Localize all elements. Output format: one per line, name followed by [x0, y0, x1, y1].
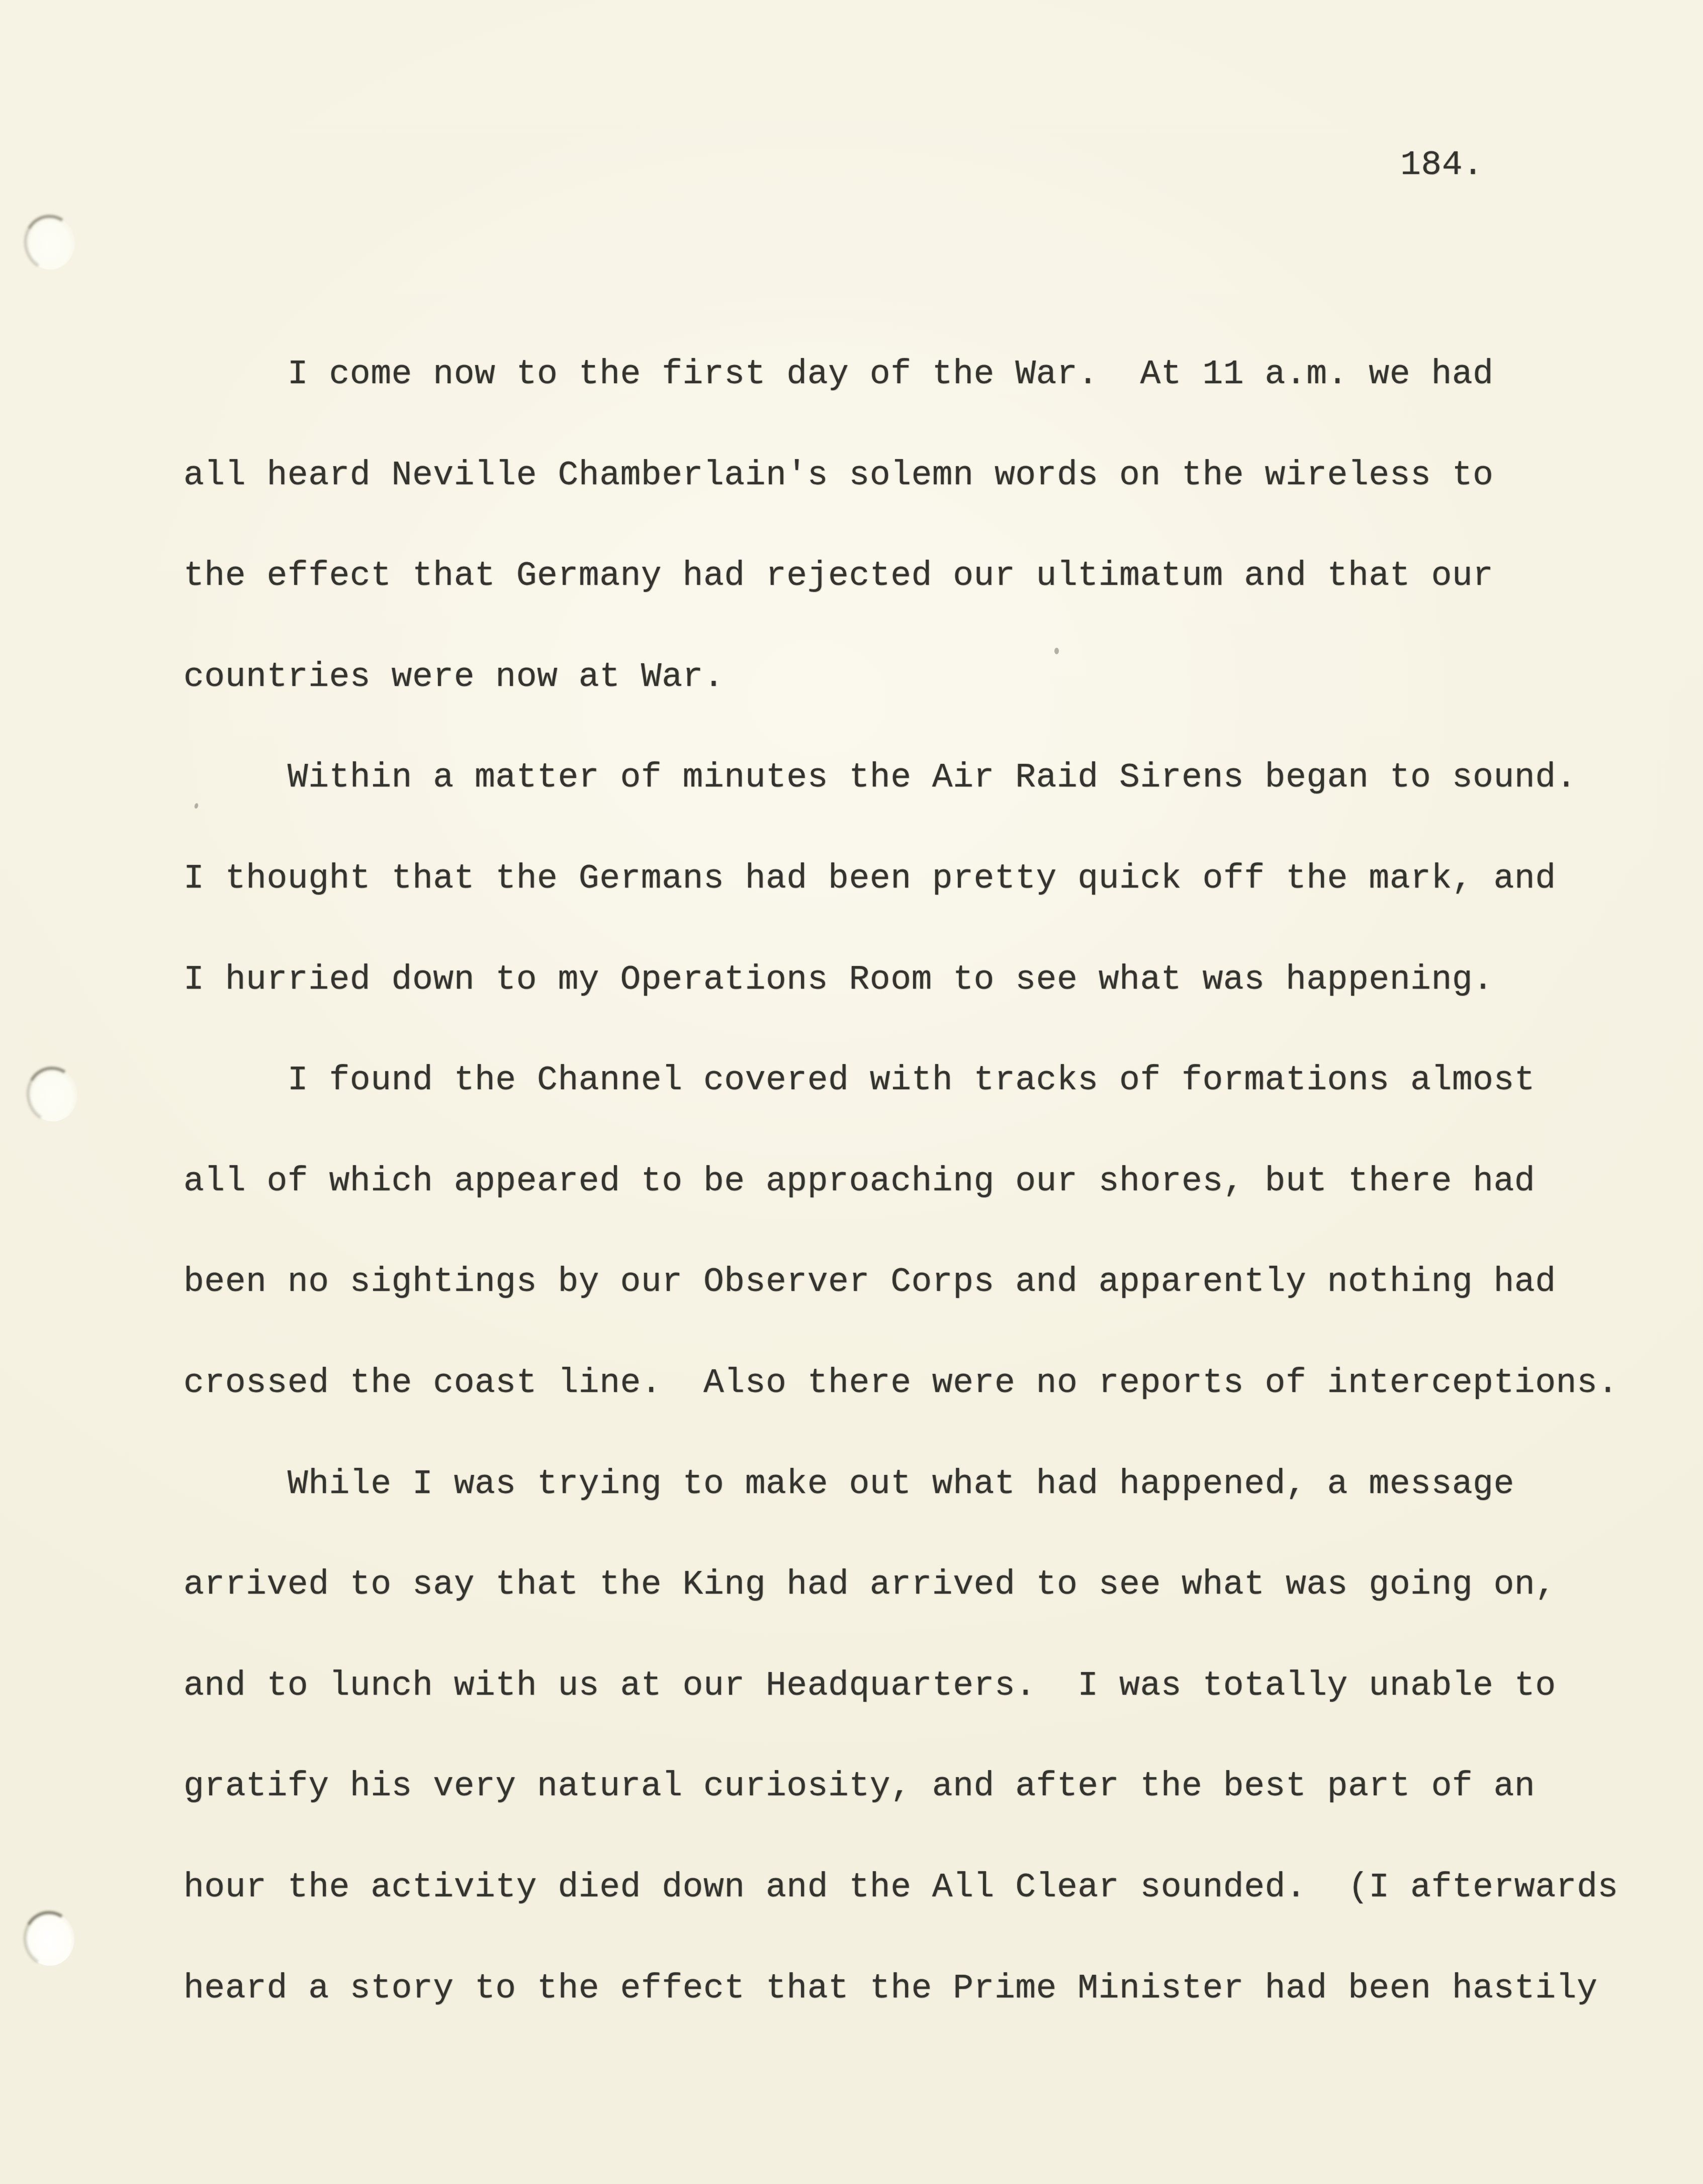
page-number: 184. — [1400, 148, 1483, 183]
typed-line: gratify his very natural curiosity, and … — [184, 1736, 1619, 1838]
typed-line: crossed the coast line. Also there were … — [184, 1333, 1619, 1434]
scanned-document: { "page": { "number": "184.", "paragraph… — [0, 0, 1703, 2184]
punch-hole-top — [26, 216, 75, 270]
paragraph-3: I found the Channel covered with tracks … — [184, 1030, 1619, 1434]
typed-line: the effect that Germany had rejected our… — [184, 526, 1619, 627]
paragraph-2: Within a matter of minutes the Air Raid … — [184, 728, 1619, 1030]
typed-line: I come now to the first day of the War. … — [184, 324, 1619, 425]
typed-line: heard a story to the effect that the Pri… — [184, 1939, 1619, 2040]
typed-line: Within a matter of minutes the Air Raid … — [184, 728, 1619, 829]
typed-text-block: I come now to the first day of the War. … — [184, 324, 1619, 2039]
typed-line: and to lunch with us at our Headquarters… — [184, 1636, 1619, 1737]
typed-line: arrived to say that the King had arrived… — [184, 1535, 1619, 1636]
punch-hole-bottom — [25, 1912, 74, 1966]
typed-line: I hurried down to my Operations Room to … — [184, 930, 1619, 1031]
typed-line: all heard Neville Chamberlain's solemn w… — [184, 425, 1619, 527]
typed-line: I thought that the Germans had been pret… — [184, 829, 1619, 930]
typed-line: While I was trying to make out what had … — [184, 1434, 1619, 1535]
punch-hole-middle — [28, 1068, 77, 1121]
typed-line: I found the Channel covered with tracks … — [184, 1030, 1619, 1131]
typed-line: hour the activity died down and the All … — [184, 1838, 1619, 1939]
typed-line: all of which appeared to be approaching … — [184, 1131, 1619, 1233]
paragraph-1: I come now to the first day of the War. … — [184, 324, 1619, 728]
paragraph-4: While I was trying to make out what had … — [184, 1434, 1619, 2040]
typed-line: been no sightings by our Observer Corps … — [184, 1232, 1619, 1333]
typed-line: countries were now at War. — [184, 627, 1619, 728]
